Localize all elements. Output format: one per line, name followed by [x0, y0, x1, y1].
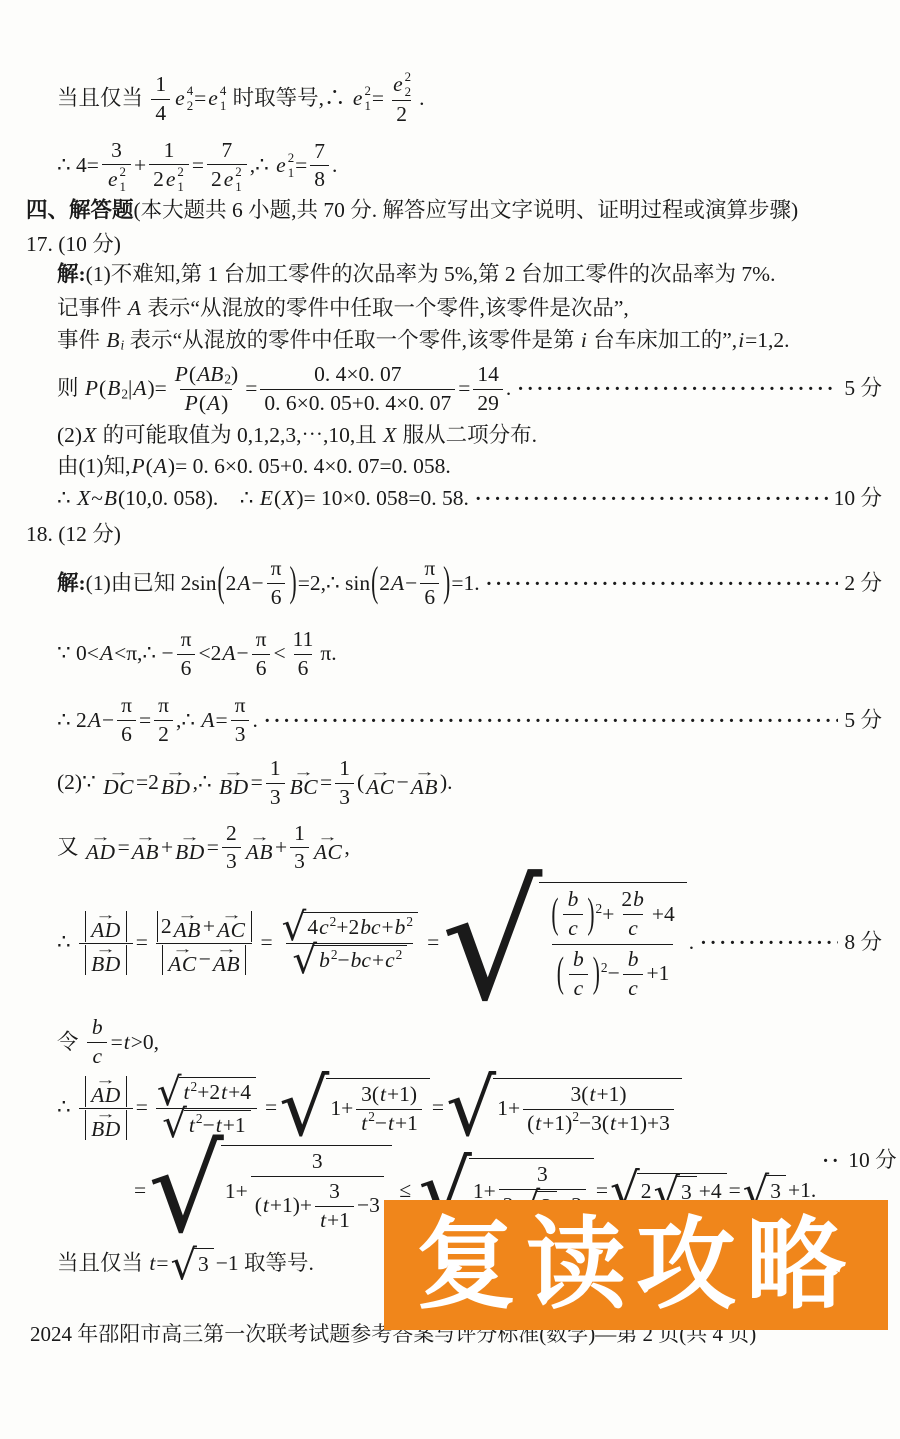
text: ,∴ — [250, 152, 274, 180]
variable: c — [627, 976, 639, 1002]
variable: t — [387, 1111, 395, 1137]
answer-key-body: 当且仅当 14e42=e41 时取等号,∴ e21=e222.∴ 4=3e21+… — [0, 0, 900, 1280]
text: 1 — [155, 72, 166, 98]
text: π — [181, 627, 192, 653]
radicand: (bc)2+2bc+4(bc)2−bc+1 — [539, 882, 686, 1004]
variable: t — [220, 1080, 228, 1106]
variable: P — [84, 375, 99, 403]
vector-BC: →BC — [290, 768, 318, 799]
vector-arrow-icon: → — [96, 1110, 117, 1118]
close-paren: ) — [586, 889, 595, 939]
subscript: 1 — [235, 181, 241, 194]
bold-text: 解: — [57, 261, 86, 289]
variable: b — [632, 887, 645, 913]
score-label: 5 分 — [844, 375, 882, 403]
text: − — [102, 707, 114, 735]
vector-arrow-icon: → — [135, 833, 156, 841]
close-paren: ) — [442, 556, 451, 610]
vector-letters: AD — [91, 919, 121, 942]
variable: bc — [359, 915, 381, 941]
text: ( — [527, 1111, 534, 1137]
text: + — [602, 902, 614, 928]
radical: √1+3(t+1)+3t+1−3 — [148, 1145, 392, 1236]
vector-letters: BD — [219, 776, 249, 799]
text: − — [199, 947, 211, 973]
scripts: 21 — [119, 166, 125, 194]
text: = — [427, 929, 439, 957]
scripts: 21 — [235, 166, 241, 194]
scripted-variable: e21 — [352, 85, 371, 113]
subscript: 2 — [405, 86, 411, 99]
text: = — [192, 152, 204, 180]
text: ∴ — [57, 485, 76, 513]
vector-arrow-icon: → — [96, 1076, 117, 1084]
variable: b — [91, 1015, 104, 1041]
denominator: 6 — [117, 720, 136, 749]
text: 3( — [361, 1082, 379, 1108]
text: 18. (12 分) — [26, 521, 121, 549]
fraction: bc — [623, 946, 644, 1003]
q18-part1-sin-equation: 解:(1)由已知 2sin(2A−π6)=2,∴ sin(2A−π6)=1.··… — [57, 555, 900, 612]
text: 3 — [312, 1149, 323, 1175]
denominator: 3 — [222, 847, 241, 876]
subscript: 2 — [224, 371, 231, 387]
variable: e — [174, 85, 186, 113]
text: 0. 6×0. 05+0. 4×0. 07 — [264, 391, 451, 417]
numerator: e22 — [387, 70, 416, 100]
variable: e — [275, 152, 287, 180]
q18-angle-result: ∴ 2A−π6=π2,∴ A=π3.······················… — [57, 692, 900, 749]
numerator: π — [231, 692, 250, 720]
fraction: 3t+1 — [315, 1178, 354, 1235]
text: 6 — [298, 656, 309, 682]
variable: t — [609, 1111, 617, 1137]
numerator: π — [420, 555, 439, 583]
text: = — [194, 85, 206, 113]
eq-e1-e2-equality-condition: 当且仅当 14e42=e41 时取等号,∴ e21=e222. — [57, 70, 900, 129]
text: ( — [274, 485, 281, 513]
text: π — [424, 556, 435, 582]
fraction: P(AB2)P(A) — [170, 361, 242, 418]
score-label: 2 分 — [844, 570, 882, 598]
text: 2 — [158, 722, 169, 748]
text: 2 — [396, 102, 407, 128]
absolute-value: 2→AB+→AC — [157, 911, 252, 942]
text: = — [245, 375, 257, 403]
radical: √3 — [171, 1248, 214, 1280]
text: 台车床加工的”, — [588, 327, 737, 355]
score-label: 8 分 — [844, 929, 882, 957]
q17-bayes-calculation: 则 P(B2|A)=P(AB2)P(A)=0. 4×0. 070. 6×0. 0… — [57, 361, 900, 418]
numerator: π — [154, 692, 173, 720]
text: = — [136, 1094, 148, 1122]
denominator: 3 — [266, 783, 285, 812]
denominator: t2−t+1 — [356, 1109, 422, 1138]
numerator: 3 — [308, 1148, 327, 1176]
denominator: 3 — [335, 783, 354, 812]
text: 3 — [270, 785, 281, 811]
fraction: 3(t+1)(t+1)2−3(t+1)+3 — [523, 1081, 674, 1138]
text: 由(1)知, — [57, 453, 130, 481]
vector-AC: →AC — [217, 911, 245, 942]
variable: X — [82, 422, 97, 450]
denominator: 29 — [473, 389, 503, 418]
numerator: b — [563, 886, 584, 914]
numerator: 1 — [151, 71, 170, 99]
denominator: →BD — [79, 1108, 133, 1142]
fraction: 2bc — [617, 886, 649, 943]
text: 时取等号,∴ — [227, 85, 351, 113]
variable: A — [221, 640, 236, 668]
bold-text: 四、解答题 — [26, 197, 134, 225]
variable: A — [153, 453, 168, 481]
text: 29 — [477, 391, 499, 417]
subscript: i — [121, 337, 125, 354]
dotted-leader: ········································… — [264, 708, 838, 734]
numerator: π — [177, 626, 196, 654]
fraction: bc — [563, 886, 584, 943]
variable: c — [384, 948, 396, 974]
fraction: (bc)2+2bc+4(bc)2−bc+1 — [546, 885, 678, 1003]
text: 2 — [226, 570, 237, 598]
variable: e — [165, 167, 177, 193]
watermark-banner: 复读攻略 — [384, 1200, 888, 1330]
variable: e — [107, 167, 119, 193]
fraction: π6 — [267, 555, 286, 612]
text: 1 — [270, 756, 281, 782]
variable: P — [174, 362, 189, 388]
superscript: 2 — [364, 85, 370, 98]
variable: t — [123, 1029, 131, 1057]
fraction: 13 — [335, 755, 354, 812]
fraction: 13 — [266, 755, 285, 812]
text: π — [121, 693, 132, 719]
superscript: 2 — [396, 947, 403, 963]
vector-AB: →AB — [213, 945, 240, 976]
vector-arrow-icon: → — [90, 833, 111, 841]
text: 14 — [477, 362, 499, 388]
text: 6 — [181, 656, 192, 682]
text: . — [419, 85, 424, 113]
variable: e — [207, 85, 219, 113]
text: ( — [357, 769, 364, 797]
text: )= 10×0. 058=0. 58. — [296, 485, 469, 513]
vector-AD: →AD — [91, 1076, 121, 1107]
q17-part1-intro: 解:(1)不难知,第 1 台加工零件的次品率为 5%,第 2 台加工零件的次品率… — [57, 261, 900, 289]
radical: √1+3(t+1)t2−t+1 — [279, 1078, 430, 1139]
parenthesized-group: (2A−π6) — [216, 555, 297, 612]
scripted-variable: e42 — [174, 85, 193, 113]
vector-arrow-icon: → — [96, 911, 117, 919]
text: ( — [99, 375, 106, 403]
vector-arrow-icon: → — [249, 833, 270, 841]
superscript: 2 — [331, 947, 338, 963]
fraction: 2→AB+→AC→AC−→AB — [151, 910, 258, 976]
vector-letters: BD — [175, 841, 205, 864]
vector-AB: →AB — [411, 768, 438, 799]
variable: B — [105, 327, 120, 355]
denominator: (t+1)2−3(t+1)+3 — [523, 1109, 674, 1138]
denominator: 6 — [294, 654, 313, 683]
bold-text: 解: — [57, 570, 86, 598]
fraction: bc — [87, 1014, 108, 1071]
text: 4 — [155, 101, 166, 127]
eq-e1-squared-result: ∴ 4=3e21+12e21=72e21,∴ e21=78. — [57, 137, 900, 196]
variable: t — [360, 1111, 368, 1137]
denominator: 6 — [252, 654, 271, 683]
text: ∴ — [57, 1094, 76, 1122]
denominator: c — [623, 974, 643, 1003]
vector-AB: →AB — [246, 833, 273, 864]
denominator: c — [623, 914, 643, 943]
scripted-variable: e21 — [165, 166, 184, 194]
text: −3( — [579, 1111, 609, 1137]
text: =2 — [136, 769, 159, 797]
variable: b — [394, 915, 407, 941]
text: + — [275, 834, 287, 862]
vector-arrow-icon: → — [108, 768, 129, 776]
superscript: 2 — [572, 1109, 579, 1125]
radical-sign: √ — [441, 882, 542, 1004]
denominator: c — [563, 914, 583, 943]
vector-arrow-icon: → — [221, 911, 242, 919]
numerator: 2→AB+→AC — [151, 910, 258, 943]
radicand: 1+3(t+1)t2−t+1 — [326, 1078, 430, 1139]
q17-binomial-expectation: ∴ X~B(10,0. 058). ∴ E(X)= 10×0. 058=0. 5… — [57, 485, 900, 513]
dotted-leader: ········································… — [486, 571, 839, 597]
denominator: c — [87, 1042, 107, 1071]
text: − — [237, 640, 249, 668]
radicand: b2−bc+c2 — [314, 945, 407, 975]
numerator: 1 — [266, 755, 285, 783]
text: . — [506, 375, 511, 403]
text: 1+ — [225, 1178, 248, 1206]
radical-sign: √ — [148, 1145, 224, 1236]
variable: t — [262, 1193, 270, 1219]
parenthesized-group: (2A−π6) — [370, 555, 451, 612]
denominator: 6 — [177, 654, 196, 683]
denominator: √b2−bc+c2 — [286, 943, 413, 976]
scripted-variable: e41 — [207, 85, 226, 113]
text: π — [271, 556, 282, 582]
text: +2 — [197, 1080, 220, 1106]
numerator: 14 — [473, 361, 503, 389]
variable: b — [572, 947, 585, 973]
absolute-value: →BD — [85, 1110, 127, 1141]
text: + — [161, 834, 173, 862]
subscript: 1 — [288, 167, 294, 180]
numerator: →AD — [79, 910, 133, 943]
fraction: π6 — [252, 626, 271, 683]
absolute-value: →AC−→AB — [162, 945, 246, 976]
q18-header: 18. (12 分) — [26, 521, 900, 549]
text: − — [397, 769, 409, 797]
fraction: 72e21 — [207, 137, 247, 196]
text: − — [608, 961, 620, 987]
text: ∴ 4= — [57, 152, 99, 180]
text: 3 — [111, 138, 122, 164]
text: ∴ — [57, 929, 76, 957]
variable: e — [352, 85, 364, 113]
subscript: 2 — [121, 385, 128, 402]
text: ∵ 0< — [57, 640, 99, 668]
radical: √b2−bc+c2 — [292, 945, 407, 975]
text: 2 — [161, 914, 172, 940]
numerator: (bc)2+2bc+4 — [546, 885, 678, 944]
fraction: π2 — [154, 692, 173, 749]
variable: A — [206, 391, 221, 417]
radicand: 4c2+2bc+b2 — [303, 912, 418, 942]
text: 当且仅当 — [57, 85, 148, 113]
fraction: 3(t+1)+3t+1−3 — [251, 1148, 384, 1235]
numerator: 1 — [335, 755, 354, 783]
text: π. — [320, 640, 336, 668]
text: 2 — [379, 570, 390, 598]
vector-arrow-icon: → — [293, 768, 314, 776]
radicand: 1+3(t+1)+3t+1−3 — [221, 1145, 392, 1236]
text: ). — [440, 769, 453, 797]
denominator: 3 — [231, 720, 250, 749]
numerator: 7 — [310, 138, 329, 166]
paren-content: 2A−π6 — [226, 555, 289, 612]
text: ) — [221, 391, 228, 417]
denominator: 2 — [154, 720, 173, 749]
text: ∴ 2 — [57, 707, 87, 735]
variable: A — [87, 707, 102, 735]
text: = — [432, 1094, 444, 1122]
text: − — [338, 948, 350, 974]
paren-content: bc — [565, 946, 592, 1003]
text: = — [295, 152, 307, 180]
open-paren: ( — [370, 556, 379, 610]
text: π — [256, 627, 267, 653]
variable: i — [737, 327, 745, 355]
vector-letters: AB — [213, 953, 240, 976]
numerator: 3 — [107, 137, 126, 165]
fraction: 13 — [290, 820, 309, 877]
radicand: t2+2t+4 — [179, 1077, 256, 1107]
text: . — [332, 152, 337, 180]
fraction: e222 — [387, 70, 416, 129]
text: 6 — [256, 656, 267, 682]
variable: X — [281, 485, 296, 513]
vector-letters: AC — [168, 953, 196, 976]
text: 6 — [121, 722, 132, 748]
scripts: 42 — [187, 85, 193, 113]
vector-letters: BD — [91, 953, 121, 976]
q17-event-a-definition: 记事件 A 表示“从混放的零件中任取一个零件,该零件是次品”, — [57, 295, 900, 323]
dotted-leader: ········································… — [700, 930, 838, 956]
fraction: √4c2+2bc+b2√b2−bc+c2 — [276, 911, 424, 976]
vector-arrow-icon: → — [180, 833, 201, 841]
q17-event-b-definition: 事件 Bi 表示“从混放的零件中任取一个零件,该零件是第 i 台车床加工的”,i… — [57, 327, 900, 355]
variable: t — [534, 1111, 542, 1137]
numerator: π — [252, 626, 271, 654]
text: , — [344, 834, 349, 862]
numerator: →AD — [79, 1075, 133, 1108]
vector-arrow-icon: → — [96, 945, 117, 953]
numerator: 1 — [290, 820, 309, 848]
text: ( — [189, 362, 196, 388]
denominator: 2 — [392, 100, 411, 129]
text: 7 — [221, 138, 232, 164]
text: = — [320, 769, 332, 797]
fraction: 0. 4×0. 070. 6×0. 05+0. 4×0. 07 — [260, 361, 455, 418]
variable: c — [91, 1044, 103, 1070]
numerator: 3(t+1) — [357, 1081, 421, 1109]
variable: b — [318, 948, 331, 974]
fraction: 1429 — [473, 361, 503, 418]
denominator: 2e21 — [207, 164, 247, 195]
q17-part2-x-values: (2)X 的可能取值为 0,1,2,3,⋯,10,且 X 服从二项分布. — [57, 422, 900, 450]
radical: √(bc)2+2bc+4(bc)2−bc+1 — [441, 882, 687, 1004]
text: 1+ — [497, 1095, 520, 1123]
text: 2 — [153, 167, 164, 193]
vector-arrow-icon: → — [414, 768, 435, 776]
numerator: 1 — [160, 137, 179, 165]
text: (2) — [57, 422, 82, 450]
vector-BD: →BD — [175, 833, 205, 864]
vector-DC: →DC — [103, 768, 134, 799]
dotted-leader: ········································… — [822, 1148, 842, 1174]
vector-letters: AB — [132, 841, 159, 864]
superscript: 2 — [330, 914, 337, 930]
fraction: 23 — [222, 820, 241, 877]
vector-letters: AB — [174, 919, 201, 942]
text: =1. — [451, 570, 479, 598]
text: (1)由已知 2sin — [86, 570, 217, 598]
text: 3 — [294, 849, 305, 875]
numerator: b — [623, 946, 644, 974]
scripts: 22 — [405, 71, 411, 99]
vector-letters: AC — [217, 919, 245, 942]
vector-letters: AB — [411, 776, 438, 799]
text: 7 — [314, 139, 325, 165]
text: = — [251, 769, 263, 797]
text: + — [203, 914, 215, 940]
superscript: 2 — [288, 152, 294, 165]
text: = — [111, 1029, 123, 1057]
variable: P — [184, 391, 199, 417]
paren-content: bc — [560, 886, 587, 943]
text: = — [261, 929, 273, 957]
dotted-leader: ········································… — [517, 376, 838, 402]
denominator: 6 — [420, 583, 439, 612]
subscript: 2 — [187, 100, 193, 113]
text: − — [252, 570, 264, 598]
vector-letters: DC — [103, 776, 134, 799]
text: −1 取等号. — [216, 1250, 314, 1278]
text: 又 — [57, 834, 84, 862]
vector-letters: BD — [161, 776, 191, 799]
vector-letters: AC — [314, 841, 342, 864]
scripts: 21 — [288, 152, 294, 180]
vector-AD: →AD — [86, 833, 116, 864]
text: −3 — [357, 1193, 380, 1219]
denominator: c — [569, 974, 589, 1003]
score-label: 10 分 — [834, 485, 882, 513]
fraction: →AD→BD — [79, 910, 133, 976]
q18-angle-range: ∵ 0<A<π,∴ −π6<2A−π6<116π. — [57, 626, 900, 683]
text: =2,∴ sin — [298, 570, 370, 598]
absolute-value: →AD — [85, 911, 127, 942]
text: = — [265, 1094, 277, 1122]
subscript: 1 — [364, 100, 370, 113]
denominator: 4 — [151, 99, 170, 128]
vector-arrow-icon: → — [216, 945, 237, 953]
scripted-variable: e21 — [107, 166, 126, 194]
text: + — [134, 152, 146, 180]
